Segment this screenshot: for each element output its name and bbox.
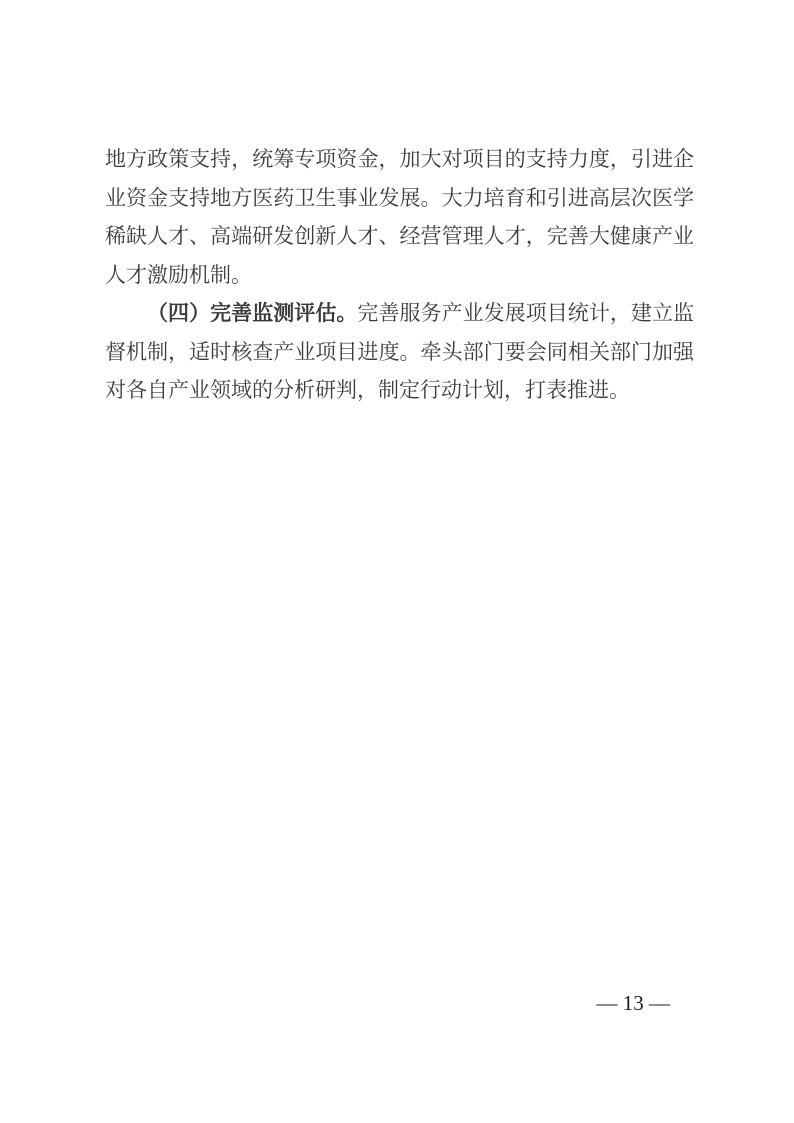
page-number: — 13 —: [597, 991, 671, 1015]
paragraph-section-4: （四）完善监测评估。完善服务产业发展项目统计，建立监督机制，适时核查产业项目进度…: [105, 294, 694, 410]
document-body: 地方政策支持，统筹专项资金，加大对项目的支持力度，引进企业资金支持地方医药卫生事…: [105, 140, 694, 410]
paragraph-continued: 地方政策支持，统筹专项资金，加大对项目的支持力度，引进企业资金支持地方医药卫生事…: [105, 140, 694, 294]
paragraph-lead-heading: （四）完善监测评估。: [147, 301, 357, 325]
document-page: 地方政策支持，统筹专项资金，加大对项目的支持力度，引进企业资金支持地方医药卫生事…: [0, 0, 794, 1123]
paragraph-text: 地方政策支持，统筹专项资金，加大对项目的支持力度，引进企业资金支持地方医药卫生事…: [105, 147, 694, 287]
page-footer: — 13 —: [597, 991, 671, 1015]
